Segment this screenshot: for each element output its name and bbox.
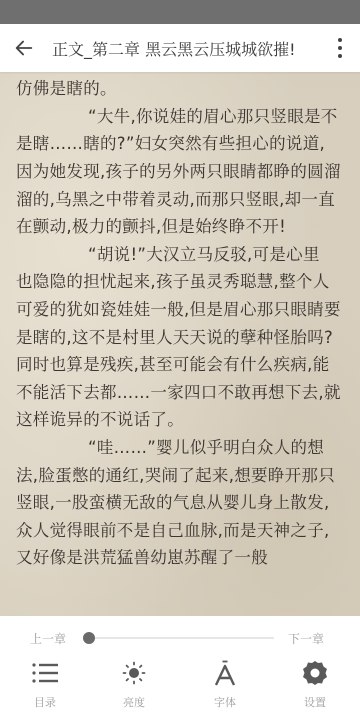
text-line: 众人觉得眼前不是自己血脉,而是天神之子,	[16, 517, 346, 545]
chapter-progress: 上一章 下一章	[0, 626, 360, 650]
text-line: 这样诡异的不说话了。	[16, 406, 346, 434]
progress-slider[interactable]	[88, 637, 274, 639]
reader-controls: 上一章 下一章 目录	[0, 616, 360, 720]
progress-slider-thumb[interactable]	[83, 632, 95, 644]
text-line: “哇……”婴儿似乎明白众人的想	[16, 434, 346, 462]
reader-header: 正文_第二章 黑云黑云压城城欲摧!	[0, 24, 360, 72]
more-vertical-icon	[337, 37, 343, 59]
bottom-toolbar: 目录 亮度	[0, 656, 360, 720]
brightness-icon	[119, 658, 149, 688]
text-line: 又好像是洪荒猛兽幼崽苏醒了一般	[16, 544, 346, 572]
text-line: 因为她发现,孩子的另外两只眼睛都睁的圆溜	[16, 158, 346, 186]
gear-icon	[300, 658, 330, 688]
next-chapter-button[interactable]: 下一章	[288, 630, 324, 647]
text-line: 不能活下去都……一家四口不敢再想下去,就	[16, 379, 346, 407]
text-line: 溜的,乌黑之中带着灵动,而那只竖眼,却一直	[16, 186, 346, 214]
back-button[interactable]	[0, 24, 48, 72]
tab-label: 字体	[214, 694, 236, 710]
tab-brightness[interactable]: 亮度	[99, 656, 169, 720]
prev-chapter-button[interactable]: 上一章	[30, 630, 66, 647]
text-line: 也隐隐的担忧起来,孩子虽灵秀聪慧,整个人	[16, 268, 346, 296]
text-line: 法,脸蛋憋的通红,哭闹了起来,想要睁开那只	[16, 462, 346, 490]
text-line: 竖眼,一股蛮横无敌的气息从婴儿身上散发,	[16, 489, 346, 517]
text-line: 在颤动,极力的颤抖,但是始终睁不开!	[16, 213, 346, 241]
text-line: 同时也算是残疾,甚至可能会有什么疾病,能	[16, 351, 346, 379]
text-line: 是瞎……瞎的?”妇女突然有些担心的说道,	[16, 130, 346, 158]
text-line: 是瞎的,这不是村里人天天说的孽种怪胎吗?	[16, 324, 346, 352]
tab-label: 目录	[34, 694, 56, 710]
tab-label: 亮度	[123, 694, 145, 710]
chapter-title: 正文_第二章 黑云黑云压城城欲摧!	[52, 37, 320, 60]
arrow-left-icon	[13, 37, 35, 59]
list-icon	[30, 658, 60, 688]
chapter-text: 仿佛是在极力的挣扎着想要睁开一样，但是婴 儿眉心那一枚眼睛始终在蠕动颤抖无法睁开…	[16, 24, 346, 572]
text-line: “大牛,你说娃的眉心那只竖眼是不	[16, 103, 346, 131]
tab-catalog[interactable]: 目录	[10, 656, 80, 720]
text-line: 可爱的犹如瓷娃娃一般,但是眉心那只眼睛要	[16, 296, 346, 324]
text-line: 仿佛是瞎的。	[16, 75, 346, 103]
tab-font[interactable]: 字体	[190, 656, 260, 720]
tab-settings[interactable]: 设置	[280, 656, 350, 720]
tab-label: 设置	[304, 694, 326, 710]
status-bar	[0, 0, 360, 24]
more-options-button[interactable]	[320, 24, 360, 72]
text-line: “胡说!”大汉立马反驳,可是心里	[16, 241, 346, 269]
font-icon	[210, 658, 240, 688]
